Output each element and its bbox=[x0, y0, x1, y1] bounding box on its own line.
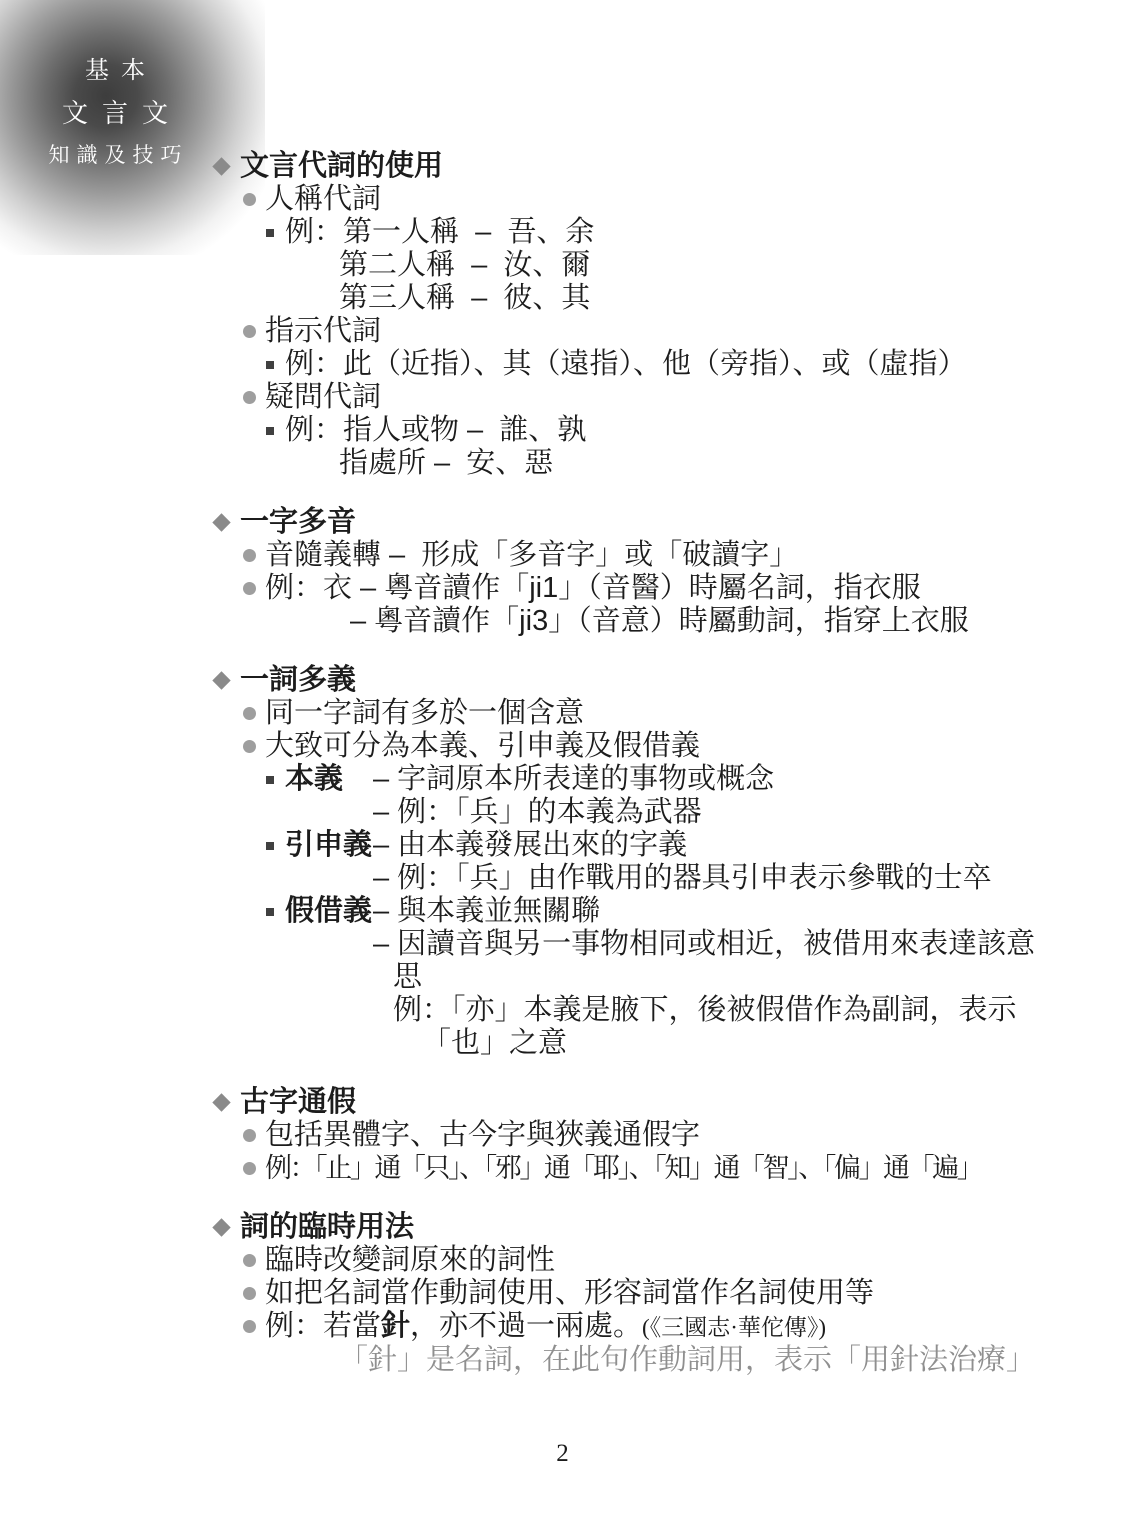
text-line: – 粵音讀作「ji3」（音意）時屬動詞，指穿上衣服 bbox=[215, 605, 1075, 638]
logo-text-line1: 基本 bbox=[85, 50, 157, 85]
text-segment: 文言代詞的使用 bbox=[240, 150, 443, 182]
square-bullet-icon bbox=[266, 427, 274, 435]
text-line: – 例：「兵」的本義為武器 bbox=[215, 796, 1075, 829]
diamond-bullet-icon bbox=[212, 513, 230, 531]
section-heading: 古字通假 bbox=[215, 1086, 1075, 1119]
diamond-bullet-icon bbox=[212, 1093, 230, 1111]
section: 古字通假包括異體字、古今字與狹義通假字例：「止」通「只」、「邪」通「耶」、「知」… bbox=[215, 1086, 1075, 1185]
text-segment: (《三國志·華佗傳》) bbox=[642, 1315, 826, 1340]
text-segment: 第三人稱 – 彼、其 bbox=[339, 282, 590, 314]
diamond-bullet-icon bbox=[212, 1218, 230, 1236]
circle-bullet-icon bbox=[243, 193, 256, 206]
text-segment: 大致可分為本義、引申義及假借義 bbox=[265, 730, 700, 762]
square-bullet-icon bbox=[266, 908, 274, 916]
text-segment: 例：「亦」本義是腋下，後被假借作為副詞，表示 bbox=[393, 994, 1017, 1026]
text-line: 例：「亦」本義是腋下，後被假借作為副詞，表示 bbox=[215, 994, 1075, 1027]
section-heading: 詞的臨時用法 bbox=[215, 1211, 1075, 1244]
circle-bullet-icon bbox=[243, 582, 256, 595]
text-line: 假借義– 與本義並無關聯 bbox=[215, 895, 1075, 928]
text-line: 本義– 字詞原本所表達的事物或概念 bbox=[215, 763, 1075, 796]
text-segment: – 與本義並無關聯 bbox=[373, 895, 600, 927]
circle-bullet-icon bbox=[243, 1129, 256, 1142]
text-segment: 「針」是名詞，在此句作動詞用，表示「用針法治療」 bbox=[339, 1344, 1035, 1376]
section-heading: 文言代詞的使用 bbox=[215, 150, 1075, 183]
circle-bullet-icon bbox=[243, 325, 256, 338]
text-line: 指示代詞 bbox=[215, 315, 1075, 348]
circle-bullet-icon bbox=[243, 1287, 256, 1300]
text-line: 疑問代詞 bbox=[215, 381, 1075, 414]
circle-bullet-icon bbox=[243, 740, 256, 753]
text-segment: 音隨義轉 – 形成「多音字」或「破讀字」 bbox=[265, 539, 798, 571]
text-line: 例：衣 – 粵音讀作「ji1」（音醫）時屬名詞，指衣服 bbox=[215, 572, 1075, 605]
text-segment: ，亦不過一兩處。 bbox=[410, 1310, 642, 1342]
circle-bullet-icon bbox=[243, 1162, 256, 1175]
text-line: 引申義– 由本義發展出來的字義 bbox=[215, 829, 1075, 862]
text-segment: 例：此（近指）、其（遠指）、他（旁指）、或（虛指） bbox=[285, 348, 967, 380]
text-line: 例：此（近指）、其（遠指）、他（旁指）、或（虛指） bbox=[215, 348, 1075, 381]
section: 詞的臨時用法臨時改變詞原來的詞性如把名詞當作動詞使用、形容詞當作名詞使用等例：若… bbox=[215, 1211, 1075, 1377]
text-line: 第二人稱 – 汝、爾 bbox=[215, 249, 1075, 282]
page-number: 2 bbox=[0, 1440, 1125, 1468]
diamond-bullet-icon bbox=[212, 671, 230, 689]
text-segment: 一詞多義 bbox=[240, 664, 356, 696]
text-line: 指處所 – 安、惡 bbox=[215, 447, 1075, 480]
text-line: 思 bbox=[215, 961, 1075, 994]
text-line: 大致可分為本義、引申義及假借義 bbox=[215, 730, 1075, 763]
text-line: 「也」之意 bbox=[215, 1027, 1075, 1060]
text-segment: 例：第一人稱 – 吾、余 bbox=[285, 216, 594, 248]
text-line: 例：「止」通「只」、「邪」通「耶」、「知」通「智」、「偏」通「遍」 bbox=[215, 1152, 1075, 1185]
text-segment: – 例：「兵」的本義為武器 bbox=[373, 796, 702, 828]
text-line: 如把名詞當作動詞使用、形容詞當作名詞使用等 bbox=[215, 1277, 1075, 1310]
text-segment: 第二人稱 – 汝、爾 bbox=[339, 249, 590, 281]
text-line: – 例：「兵」由作戰用的器具引申表示參戰的士卒 bbox=[215, 862, 1075, 895]
text-segment: 例：指人或物 – 誰、孰 bbox=[285, 414, 586, 446]
text-line: 第三人稱 – 彼、其 bbox=[215, 282, 1075, 315]
text-segment: 疑問代詞 bbox=[265, 381, 381, 413]
text-segment: 指處所 – 安、惡 bbox=[339, 447, 553, 479]
logo-text-line3: 知識及技巧 bbox=[49, 139, 189, 169]
text-line: – 因讀音與另一事物相同或相近，被借用來表達該意 bbox=[215, 928, 1075, 961]
text-line: 例：第一人稱 – 吾、余 bbox=[215, 216, 1075, 249]
text-segment: 「也」之意 bbox=[422, 1027, 567, 1059]
text-segment: – 例：「兵」由作戰用的器具引申表示參戰的士卒 bbox=[373, 862, 992, 894]
square-bullet-icon bbox=[266, 361, 274, 369]
text-segment: 詞的臨時用法 bbox=[240, 1211, 414, 1243]
text-line: 例：指人或物 – 誰、孰 bbox=[215, 414, 1075, 447]
circle-bullet-icon bbox=[243, 391, 256, 404]
logo-text-line2: 文言文 bbox=[62, 93, 182, 130]
text-segment: 例：衣 – 粵音讀作「ji1」（音醫）時屬名詞，指衣服 bbox=[265, 572, 921, 604]
text-line: 人稱代詞 bbox=[215, 183, 1075, 216]
text-segment: 包括異體字、古今字與狹義通假字 bbox=[265, 1119, 700, 1151]
section-heading: 一詞多義 bbox=[215, 664, 1075, 697]
document-body: 文言代詞的使用人稱代詞例：第一人稱 – 吾、余第二人稱 – 汝、爾第三人稱 – … bbox=[215, 150, 1075, 1377]
text-segment: 臨時改變詞原來的詞性 bbox=[265, 1244, 555, 1276]
section: 一字多音音隨義轉 – 形成「多音字」或「破讀字」例：衣 – 粵音讀作「ji1」（… bbox=[215, 506, 1075, 638]
square-bullet-icon bbox=[266, 842, 274, 850]
circle-bullet-icon bbox=[243, 1254, 256, 1267]
term-label: 假借義 bbox=[285, 895, 373, 928]
text-segment: 指示代詞 bbox=[265, 315, 381, 347]
text-segment: 思 bbox=[393, 961, 422, 993]
text-segment: – 粵音讀作「ji3」（音意）時屬動詞，指穿上衣服 bbox=[350, 605, 969, 637]
circle-bullet-icon bbox=[243, 1320, 256, 1333]
section-heading: 一字多音 bbox=[215, 506, 1075, 539]
text-segment: 例：「止」通「只」、「邪」通「耶」、「知」通「智」、「偏」通「遍」 bbox=[265, 1153, 981, 1183]
text-segment: 一字多音 bbox=[240, 506, 356, 538]
text-segment: 如把名詞當作動詞使用、形容詞當作名詞使用等 bbox=[265, 1277, 874, 1309]
text-line: 例：若當針，亦不過一兩處。(《三國志·華佗傳》) bbox=[215, 1310, 1075, 1344]
text-segment: – 字詞原本所表達的事物或概念 bbox=[373, 763, 774, 795]
text-segment: 同一字詞有多於一個含意 bbox=[265, 697, 584, 729]
term-label: 本義 bbox=[285, 763, 373, 796]
text-line: 同一字詞有多於一個含意 bbox=[215, 697, 1075, 730]
text-line: 「針」是名詞，在此句作動詞用，表示「用針法治療」 bbox=[215, 1344, 1075, 1377]
text-line: 包括異體字、古今字與狹義通假字 bbox=[215, 1119, 1075, 1152]
text-segment: 針 bbox=[381, 1310, 410, 1342]
section: 文言代詞的使用人稱代詞例：第一人稱 – 吾、余第二人稱 – 汝、爾第三人稱 – … bbox=[215, 150, 1075, 480]
diamond-bullet-icon bbox=[212, 157, 230, 175]
text-segment: 例：若當 bbox=[265, 1310, 381, 1342]
text-line: 臨時改變詞原來的詞性 bbox=[215, 1244, 1075, 1277]
circle-bullet-icon bbox=[243, 707, 256, 720]
text-segment: 古字通假 bbox=[240, 1086, 356, 1118]
text-segment: 人稱代詞 bbox=[265, 183, 381, 215]
text-line: 音隨義轉 – 形成「多音字」或「破讀字」 bbox=[215, 539, 1075, 572]
square-bullet-icon bbox=[266, 776, 274, 784]
circle-bullet-icon bbox=[243, 549, 256, 562]
square-bullet-icon bbox=[266, 229, 274, 237]
term-label: 引申義 bbox=[285, 829, 373, 862]
text-segment: – 由本義發展出來的字義 bbox=[373, 829, 687, 861]
section: 一詞多義同一字詞有多於一個含意大致可分為本義、引申義及假借義本義– 字詞原本所表… bbox=[215, 664, 1075, 1060]
text-segment: – 因讀音與另一事物相同或相近，被借用來表達該意 bbox=[373, 928, 1035, 960]
